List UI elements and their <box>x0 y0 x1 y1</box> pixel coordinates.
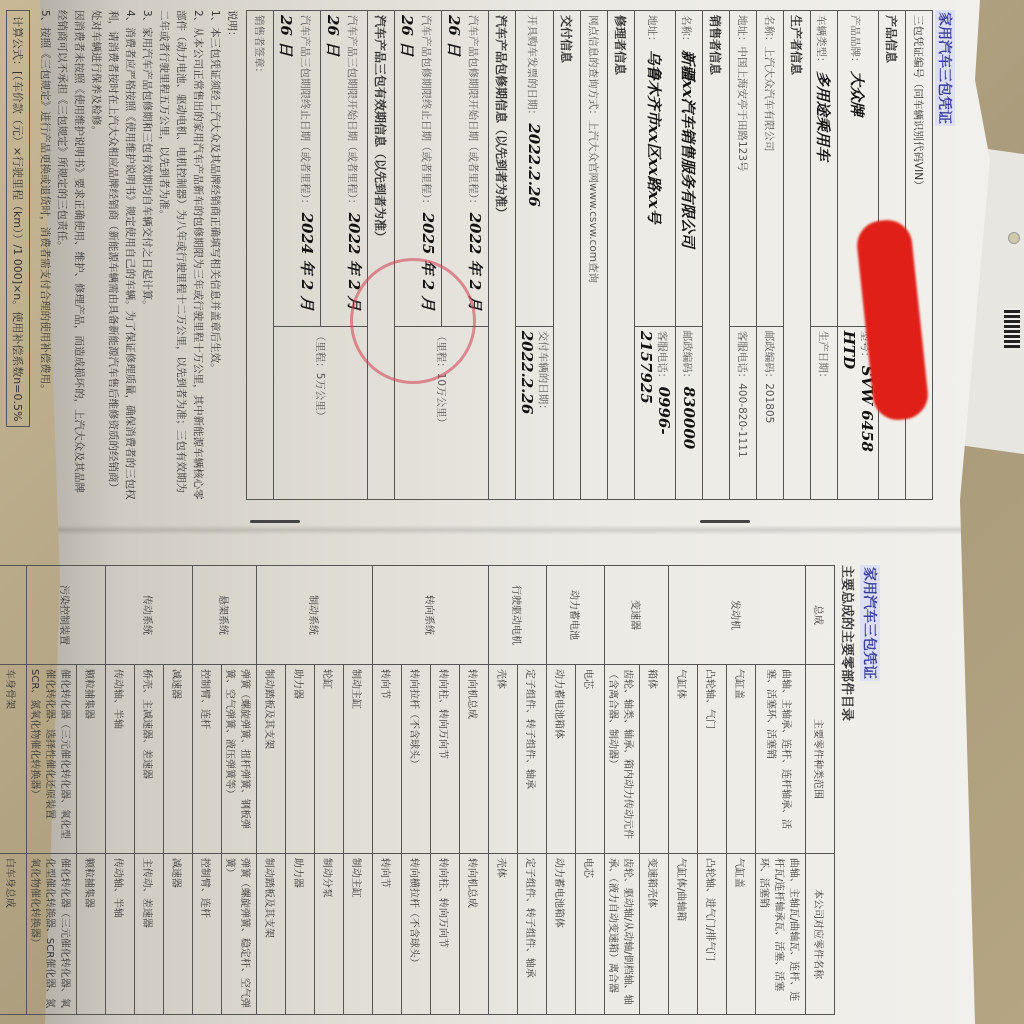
delivery-date-label: 交付车辆的日期： <box>537 331 549 415</box>
assembly-cell: 发动机 <box>669 566 806 665</box>
scope-cell: 减速器 <box>164 665 193 854</box>
company-part-cell: 转向节 <box>373 853 402 1014</box>
scope-cell: 催化转化器（三元催化转化器、氧化型催化转化器、选择性催化还原装置SCR、氮氧化物… <box>27 665 77 854</box>
seller-signature: 销售者签章： <box>247 11 274 500</box>
seller-postcode-value: 830000 <box>680 387 698 450</box>
company-part-cell: 动力蓄电池箱体 <box>547 853 576 1014</box>
scope-cell: 转向拉杆（不含球头） <box>402 665 431 854</box>
company-part-cell: 转向横拉杆（不含球头） <box>402 853 431 1014</box>
seller-postcode-label: 邮政编码： <box>681 331 693 384</box>
parts-page-title: 家用汽车三包凭证 <box>860 565 880 681</box>
booklet-fold <box>40 525 980 535</box>
staple-icon <box>700 520 750 523</box>
company-part-cell: 白车身总成 <box>0 853 27 1014</box>
warranty-start-label: 汽车产品包修期限开始日期（或者里程）： <box>467 15 479 209</box>
company-part-cell: 弹簧（螺旋弹簧、稳定杆、空气弹簧） <box>222 853 257 1014</box>
parts-page-subtitle: 主要总成的主要零部件目录 <box>839 565 858 1015</box>
guarantee-end-label: 汽车产品三包期限终止日期（或者里程）： <box>299 15 311 209</box>
company-part-cell: 转向机总成 <box>460 853 489 1014</box>
parts-table-row: 转向系统转向机总成转向机总成 <box>460 566 489 1015</box>
scope-cell: 助力器 <box>286 665 315 854</box>
scope-cell: 控制臂、连杆 <box>193 665 222 854</box>
assembly-cell: 变速器 <box>605 566 669 665</box>
punch-hole-icon <box>1008 232 1020 244</box>
scope-cell: 桥壳、主减速器、差速器 <box>135 665 164 854</box>
parts-table-row: 污染控制装置颗粒捕集器颗粒捕集器 <box>77 566 106 1015</box>
note-item: 3、家用汽车产品包修期和三包有效期均自车辆交付之日起计算。 <box>138 10 155 500</box>
repairer-query: 网点信息的查询方式：上汽大众官网www.csvw.com查询 <box>581 11 608 500</box>
scope-cell: 电芯 <box>576 665 605 854</box>
compensation-formula: 计算公式：[（车价款（元）×行驶里程（km））/1 000]×n。使用补偿系数n… <box>6 10 30 427</box>
company-part-cell: 曲轴、主轴瓦/曲轴瓦、连杆、连杆瓦/连杆轴承瓦、活塞、活塞环、活塞销 <box>756 853 806 1014</box>
assembly-cell: 动力蓄电池 <box>547 566 605 665</box>
manufacturer-address: 地址：中国上海安亭于田路123号 <box>730 11 757 327</box>
vehicle-type-label: 车辆类型： <box>816 15 828 68</box>
manufacturer-heading: 生产者信息 <box>784 11 811 500</box>
assembly-cell: 制动系统 <box>257 566 373 665</box>
assembly-cell: 污染控制装置 <box>27 566 106 665</box>
scope-cell: 动力蓄电池箱体 <box>547 665 576 854</box>
scope-cell: 定子组件、转子组件、轴承 <box>518 665 547 854</box>
scope-cell: 曲轴、主轴承、连杆、连杆轴承、活塞、活塞环、活塞销 <box>756 665 806 854</box>
certificate-form: 三包凭证编号（同车辆识别代码VIN） 产品信息 产品品牌： 大众牌 型号： SV… <box>246 10 933 500</box>
seller-address-label: 地址： <box>647 15 659 47</box>
header-assembly: 总成 <box>806 566 835 665</box>
manufacturer-name: 名称：上汽大众汽车有限公司 <box>757 11 784 327</box>
seller-address-value: 乌鲁木齐市xx区xx路xx号 <box>646 50 664 224</box>
manufacturer-postcode: 邮政编码：201805 <box>757 326 784 499</box>
note-item: 4、消费者应严格按照《使用维护说明书》规定使用自己的车辆。为了保证修理质量，确保… <box>87 10 138 500</box>
parts-table-row: 车身车身骨架白车身总成 <box>0 566 27 1015</box>
company-part-cell: 气缸盖 <box>727 853 756 1014</box>
scope-cell: 箱体 <box>640 665 669 854</box>
assembly-cell: 车身 <box>0 566 27 665</box>
parts-table-row: 制动系统制动主缸制动主缸 <box>344 566 373 1015</box>
company-part-cell: 主传动、差速器 <box>135 853 164 1014</box>
company-part-cell: 传动轴、半轴 <box>106 853 135 1014</box>
production-date-label: 生产日期： <box>818 331 830 384</box>
note-item: 因消费者未按照《使用维护说明书》要求正确使用、维护、修理产品，而造成损坏的，上汽… <box>53 10 87 500</box>
header-company-parts: 本公司对应零件名称 <box>806 853 835 1014</box>
company-part-cell: 气缸体/曲轴箱 <box>669 853 698 1014</box>
scope-cell: 颗粒捕集器 <box>77 665 106 854</box>
company-part-cell: 凸轮轴、进气门/排气门 <box>698 853 727 1014</box>
scope-cell: 车身骨架 <box>0 665 27 854</box>
company-part-cell: 制动分泵 <box>315 853 344 1014</box>
brand-value: 大众牌 <box>849 71 867 116</box>
scope-cell: 传动轴、半轴 <box>106 665 135 854</box>
seller-phone-label: 客服电话： <box>656 331 668 384</box>
scope-cell: 齿轮、轴类、轴承、箱内动力传动元件（含离合器、制动器） <box>605 665 640 854</box>
parts-table-row: 动力蓄电池电芯电芯 <box>576 566 605 1015</box>
page-title: 家用汽车三包凭证 <box>935 10 955 126</box>
seller-heading: 销售者信息 <box>703 11 730 500</box>
parts-table-row: 变速器箱体变速箱壳体 <box>640 566 669 1015</box>
guarantee-mileage: （里程：5万公里） <box>274 326 368 499</box>
note-item: 5、按照《三包规定》进行产品更换或退货时，消费者需支付合理的使用补偿费用。 <box>36 10 53 500</box>
staple-icon <box>250 520 300 523</box>
note-item: 1、本三包凭证须经上汽大众及其品牌经销商正确填写相关信息并盖章后生效。 <box>206 10 223 500</box>
brand-label: 产品品牌： <box>850 15 862 68</box>
guarantee-start-label: 汽车产品三包期限开始日期（或者里程）： <box>346 15 358 209</box>
seller-name-label: 名称： <box>681 15 693 47</box>
invoice-date-value: 2022.2.26 <box>526 123 544 207</box>
parts-table-row: 行驶驱动电机定子组件、转子组件、轴承定子组件、转子组件、轴承 <box>518 566 547 1015</box>
notes-title: 说明： <box>223 10 240 500</box>
company-part-cell: 制动踏板及其支架 <box>257 853 286 1014</box>
company-part-cell: 减速器 <box>164 853 193 1014</box>
scope-cell: 气缸体 <box>669 665 698 854</box>
parts-table-row: 发动机曲轴、主轴承、连杆、连杆轴承、活塞、活塞环、活塞销曲轴、主轴瓦/曲轴瓦、连… <box>756 566 806 1015</box>
scope-cell: 转向节 <box>373 665 402 854</box>
assembly-cell: 转向系统 <box>373 566 489 665</box>
qr-code-icon <box>1004 308 1020 348</box>
scope-cell: 轮缸 <box>315 665 344 854</box>
warranty-end-label: 汽车产品包修期限终止日期（或者里程）： <box>420 15 432 209</box>
manufacturer-phone: 客服电话：400-820-1111 <box>730 326 757 499</box>
company-part-cell: 控制臂、连杆 <box>193 853 222 1014</box>
parts-table-row: 悬架系统弹簧（螺旋弹簧、扭杆弹簧、钢板弹簧、空气弹簧、液压弹簧等）弹簧（螺旋弹簧… <box>222 566 257 1015</box>
notes-section: 说明： 1、本三包凭证须经上汽大众及其品牌经销商正确填写相关信息并盖章后生效。 … <box>36 10 240 500</box>
three-guarantee-heading: 汽车产品三包有效期信息（以先到者为准） <box>368 11 395 500</box>
assembly-cell: 传动系统 <box>106 566 193 665</box>
company-part-cell: 齿轮、驱动轴/从动轴/倒档轴、轴承、（液力自动变速箱）离合器 <box>605 853 640 1014</box>
company-part-cell: 电芯 <box>576 853 605 1014</box>
parts-table-row: 传动系统减速器减速器 <box>164 566 193 1015</box>
company-part-cell: 变速箱壳体 <box>640 853 669 1014</box>
parts-table: 总成 主要零件种类范围 本公司对应零件名称 发动机曲轴、主轴承、连杆、连杆轴承、… <box>0 565 835 1015</box>
scope-cell: 壳体 <box>489 665 518 854</box>
assembly-cell: 悬架系统 <box>193 566 257 665</box>
delivery-heading: 交付信息 <box>554 11 581 500</box>
company-part-cell: 助力器 <box>286 853 315 1014</box>
scope-cell: 制动踏板及其支架 <box>257 665 286 854</box>
assembly-cell: 行驶驱动电机 <box>489 566 547 665</box>
scope-cell: 转向机总成 <box>460 665 489 854</box>
company-part-cell: 颗粒捕集器 <box>77 853 106 1014</box>
invoice-date-label: 开具购车发票的日期： <box>527 15 539 120</box>
scope-cell: 制动主缸 <box>344 665 373 854</box>
warranty-period-heading: 汽车产品包修期信息（以先到者为准） <box>489 11 516 500</box>
company-part-cell: 制动主缸 <box>344 853 373 1014</box>
company-part-cell: 催化转化器（三元催化转化器、氧化型催化转换器、SCR催化器、氮氧化物催化转换器） <box>27 853 77 1014</box>
company-part-cell: 转向柱、转向万向节 <box>431 853 460 1014</box>
scope-cell: 弹簧（螺旋弹簧、扭杆弹簧、钢板弹簧、空气弹簧、液压弹簧等） <box>222 665 257 854</box>
parts-list-page: 家用汽车三包凭证 主要总成的主要零部件目录 总成 主要零件种类范围 本公司对应零… <box>110 565 880 1015</box>
repairer-heading: 修理者信息 <box>608 11 635 500</box>
company-part-cell: 壳体 <box>489 853 518 1014</box>
note-item: 2、从本公司正常售出的家用汽车产品新车的包修期限为三年或行驶里程十万公里，其中新… <box>155 10 206 500</box>
parts-table-header: 总成 主要零件种类范围 本公司对应零件名称 <box>806 566 835 1015</box>
scope-cell: 凸轮轴、气门 <box>698 665 727 854</box>
header-scope: 主要零件种类范围 <box>806 665 835 854</box>
vehicle-type-value: 多用途乘用车 <box>815 71 833 161</box>
seller-name-value: 新疆xx汽车销售服务有限公司 <box>680 50 698 248</box>
scope-cell: 转向柱、转向万向节 <box>431 665 460 854</box>
seller-stamp <box>350 258 476 384</box>
scope-cell: 气缸盖 <box>727 665 756 854</box>
delivery-date-value: 2022.2.26 <box>518 331 536 415</box>
company-part-cell: 定子组件、转子组件、轴承 <box>518 853 547 1014</box>
